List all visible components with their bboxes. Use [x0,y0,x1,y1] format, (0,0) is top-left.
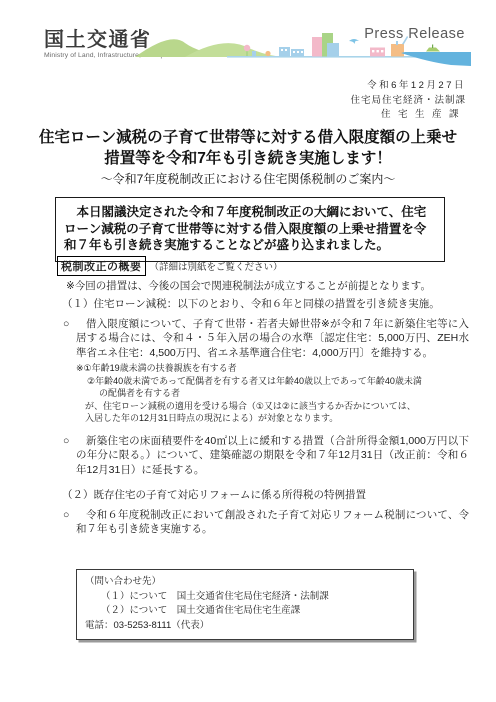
bullet-circle-icon: ○ [63,508,69,523]
note-line: ※①年齢19歳未満の扶養親族を有する者 [76,362,496,375]
contact-heading: （問い合わせ先） [85,575,405,590]
page-subtitle: ～令和7年度税制改正における住宅関係税制のご案内～ [0,170,496,187]
sea-wave-icon [401,52,471,66]
note-line: の配偶者を有する者 [99,387,496,400]
section1-title: （１）住宅ローン減税：以下のとおり、令和６年と同様の措置を引き続き実施。 [62,297,468,312]
title-line2: 措置等を令和7年も引き続き実施します！ [0,148,496,169]
overview-heading-row: 税制改正の概要 （詳細は別紙をご覧ください） [57,256,283,276]
press-release-label: Press Release [364,26,465,42]
note-line: が、住宅ローン減税の適用を受ける場合（①又は②に該当するか否かについては、 [85,400,496,413]
pink-house-icon [370,48,385,57]
bullet-circle-icon: ○ [63,434,69,449]
tall-buildings-icon [312,33,339,57]
lead-summary-box: 本日閣議決定された令和７年度税制改正の大綱において、住宅ローン減税の子育て世帯等… [55,197,445,262]
overview-heading-note: （詳細は別紙をご覧ください） [150,259,283,273]
bush-icon [265,51,270,56]
section1-item2-text: 新築住宅の床面積要件を40㎡以上に緩和する措置（合計所得金額1,000万円以下の… [76,435,469,476]
section1-item1-notes: ※①年齢19歳未満の扶養親族を有する者 ②年齢40歳未満であって配偶者を有する者… [0,362,496,425]
bird-icon [349,39,359,44]
overview-heading-label: 税制改正の概要 [57,256,146,276]
note-line: 入居した年の12月31日時点の現況による）が対象となります。 [85,412,496,425]
section1-item1: ○借入限度額について、子育て世帯・若者夫婦世帯※が令和７年に新築住宅等に入居する… [76,317,469,361]
document-body: （１）住宅ローン減税：以下のとおり、令和６年と同様の措置を引き続き実施。 ○借入… [0,297,496,537]
contact-phone: 電話：03-5253-8111（代表） [85,619,405,634]
hills-icon [135,39,285,57]
contact-box: （問い合わせ先） （１）について 国土交通省住宅局住宅経済・法制課 （２）につい… [76,569,414,640]
title-line1: 住宅ローン減税の子育て世帯等に対する借入限度額の上乗せ [0,127,496,148]
division-line1: 住宅局住宅経済・法制課 [350,94,466,109]
section1-item2: ○新築住宅の床面積要件を40㎡以上に緩和する措置（合計所得金額1,000万円以下… [76,434,469,478]
section1-item1-text: 借入限度額について、子育て世帯・若者夫婦世帯※が令和７年に新築住宅等に入居する場… [76,318,469,359]
division-line2: 住宅生産課 [350,108,466,123]
page-title: 住宅ローン減税の子育て世帯等に対する借入限度額の上乗せ 措置等を令和7年も引き続… [0,127,496,169]
contact-line2: （２）について 国土交通省住宅局住宅生産課 [101,604,405,619]
contact-line1: （１）について 国土交通省住宅局住宅経済・法制課 [101,590,405,605]
bullet-circle-icon: ○ [63,317,69,332]
section2-item1-text: 令和６年度税制改正において創設された子育て対応リフォーム税制について、令和７年も… [76,509,469,536]
section2-title: （２）既存住宅の子育て対応リフォームに係る所得税の特例措置 [62,488,468,503]
document-info: 令和6年12月27日 住宅局住宅経済・法制課 住宅生産課 [350,79,466,123]
section2-item1: ○令和６年度税制改正において創設された子育て対応リフォーム税制について、令和７年… [76,508,469,537]
boat-icon [426,45,440,52]
press-release-page: 国土交通省 Ministry of Land, Infrastructure, … [0,0,496,702]
note-line: ②年齢40歳未満であって配偶者を有する者又は年齢40歳以上であって年齢40歳未満 [87,375,496,388]
low-buildings-icon [279,47,304,57]
premise-note: ※今回の措置は、今後の国会で関連税制法が成立することが前提となります。 [66,278,431,293]
document-date: 令和6年12月27日 [350,79,466,94]
